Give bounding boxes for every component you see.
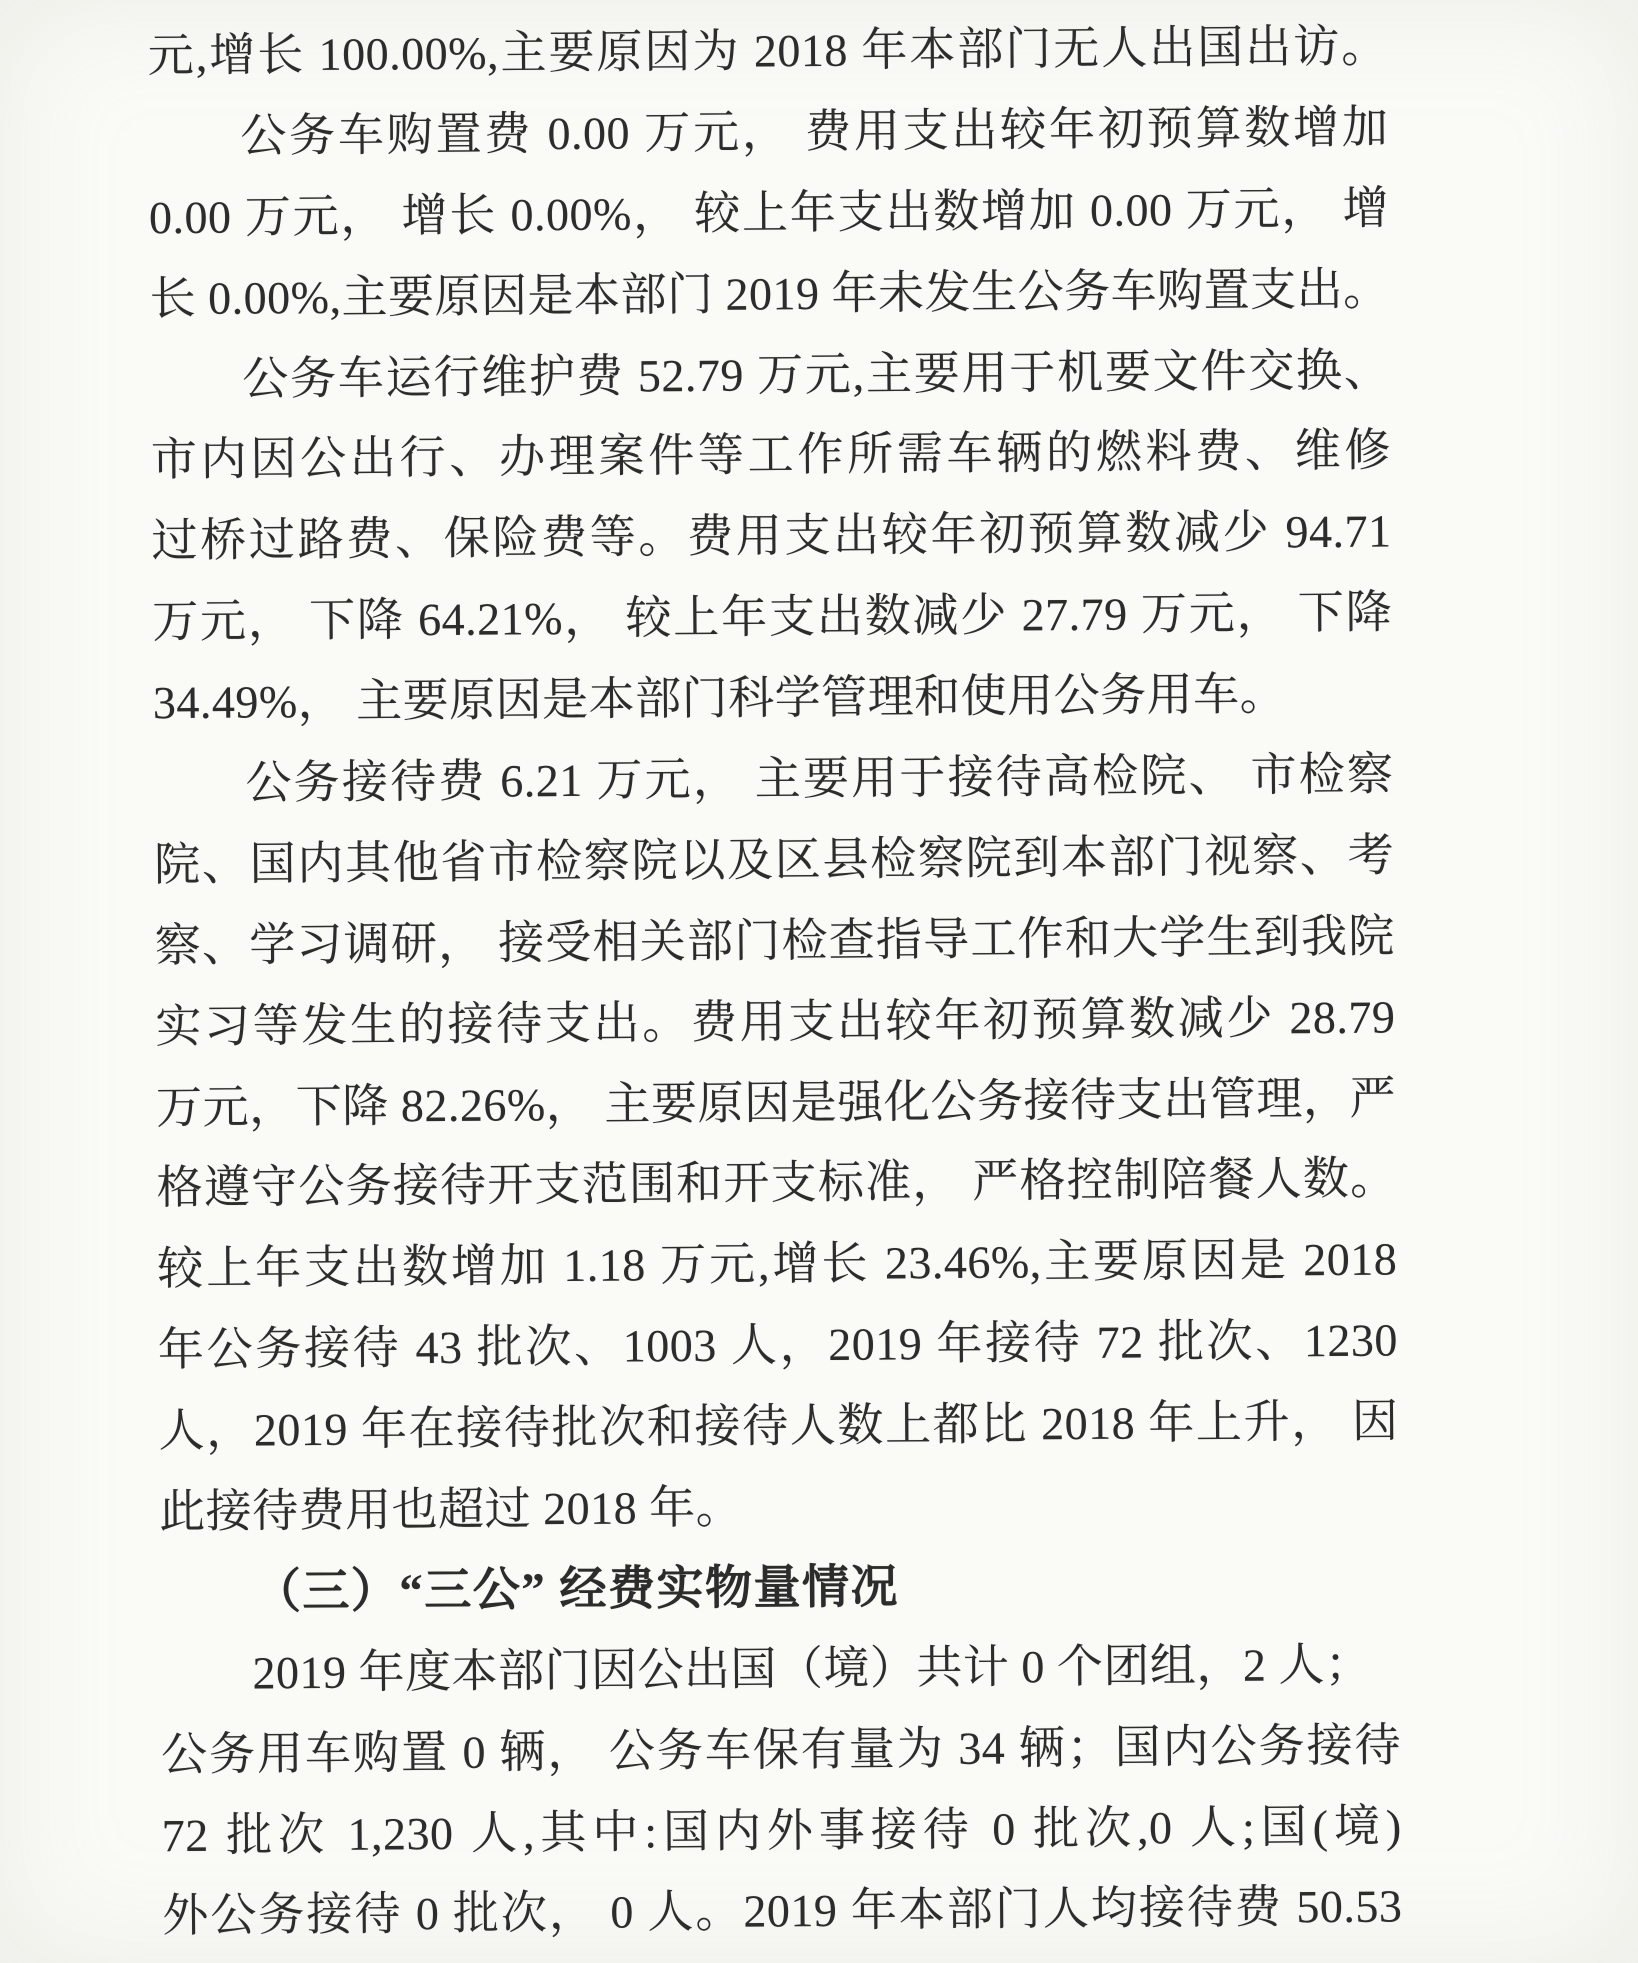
text-line: 72 批次 1,230 人,其中:国内外事接待 0 批次,0 人;国(境) bbox=[161, 1786, 1402, 1877]
text-line: 万元，下降 82.26%， 主要原因是强化公务接待支出管理，严 bbox=[156, 1058, 1397, 1149]
text-line: 院、国内其他省市检察院以及区县检察院到本部门视察、考 bbox=[154, 815, 1395, 906]
text-line: 较上年支出数增加 1.18 万元,增长 23.46%,主要原因是 2018 bbox=[157, 1220, 1398, 1311]
text-line: 公务接待费 6.21 万元， 主要用于接待高检院、 市检察 bbox=[153, 734, 1394, 825]
text-line: 2019 年度本部门因公出国（境）共计 0 个团组，2 人； bbox=[160, 1624, 1401, 1715]
text-line: 格遵守公务接待开支范围和开支标准， 严格控制陪餐人数。 bbox=[156, 1139, 1397, 1230]
section-heading: （三）“三公” 经费实物量情况 bbox=[160, 1543, 1401, 1634]
text-line: 过桥过路费、保险费等。费用支出较年初预算数减少 94.71 bbox=[151, 492, 1392, 583]
text-line: 公务用车购置 0 辆， 公务车保有量为 34 辆；国内公务接待 bbox=[161, 1705, 1402, 1796]
text-block: 元,增长 100.00%,主要原因为 2018 年本部门无人出国出访。公务车购置… bbox=[0, 0, 1638, 1959]
text-line: 万元， 下降 64.21%， 较上年支出数减少 27.79 万元， 下降 bbox=[152, 573, 1393, 664]
text-line: 公务车购置费 0.00 万元， 费用支出较年初预算数增加 bbox=[148, 87, 1389, 178]
text-line: 34.49%， 主要原因是本部门科学管理和使用公务用车。 bbox=[153, 654, 1394, 745]
text-line: 实习等发生的接待支出。费用支出较年初预算数减少 28.79 bbox=[155, 977, 1396, 1068]
document-page: 元,增长 100.00%,主要原因为 2018 年本部门无人出国出访。公务车购置… bbox=[0, 0, 1638, 1963]
text-line: 长 0.00%,主要原因是本部门 2019 年未发生公务车购置支出。 bbox=[149, 249, 1390, 340]
text-line: 外公务接待 0 批次， 0 人。2019 年本部门人均接待费 50.53 bbox=[162, 1867, 1403, 1958]
text-line: 年公务接待 43 批次、1003 人，2019 年接待 72 批次、1230 bbox=[158, 1301, 1399, 1392]
text-line: 市内因公出行、办理案件等工作所需车辆的燃料费、维修费、 bbox=[151, 411, 1392, 502]
text-line: 察、学习调研， 接受相关部门检查指导工作和大学生到我院 bbox=[154, 896, 1395, 987]
text-line: 元,增长 100.00%,主要原因为 2018 年本部门无人出国出访。 bbox=[147, 7, 1388, 98]
text-line: 人，2019 年在接待批次和接待人数上都比 2018 年上升， 因 bbox=[158, 1382, 1399, 1473]
text-line: 0.00 万元， 增长 0.00%， 较上年支出数增加 0.00 万元， 增 bbox=[149, 168, 1390, 259]
text-line: 公务车运行维护费 52.79 万元,主要用于机要文件交换、 bbox=[150, 330, 1391, 421]
text-line: 此接待费用也超过 2018 年。 bbox=[159, 1462, 1400, 1553]
